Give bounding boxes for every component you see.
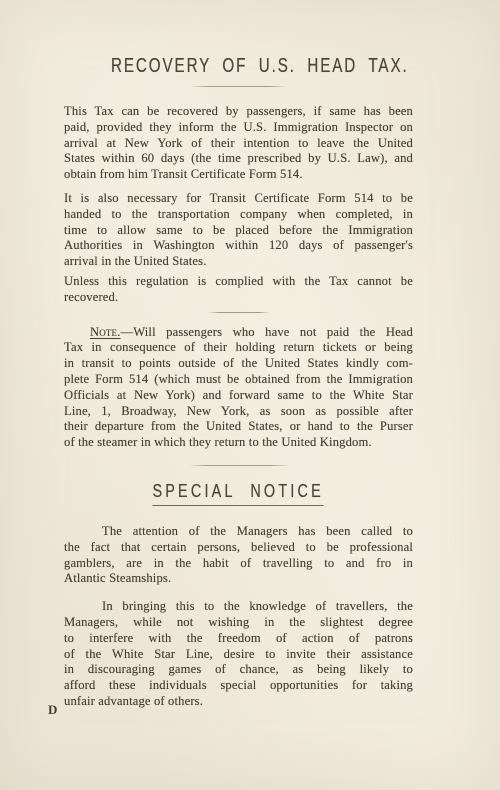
text-line: Tax in consequence of their holding retu… bbox=[64, 340, 413, 356]
title-underline-rule bbox=[191, 86, 286, 87]
text-line: gamblers, are in the habit of travelling… bbox=[64, 556, 413, 572]
text-line: Officials at New York) and forward same … bbox=[64, 388, 413, 404]
text-line: It is also necessary for Transit Certifi… bbox=[64, 191, 413, 207]
text-line: Atlantic Steamships. bbox=[64, 571, 413, 587]
text-line: Line, 1, Broadway, New York, as soon as … bbox=[64, 404, 413, 420]
text-line: their departure from the United States, … bbox=[64, 419, 413, 435]
note-label: Note. bbox=[90, 325, 121, 339]
text-line: plete Form 514 (which must be obtained f… bbox=[64, 372, 413, 388]
text-line: Authorities in Washington within 120 day… bbox=[64, 238, 413, 254]
text-column: RECOVERY OF U.S. HEAD TAX. This Tax can … bbox=[64, 56, 413, 710]
special-notice-heading-text: SPECIAL NOTICE bbox=[153, 482, 325, 506]
scanned-document-page: RECOVERY OF U.S. HEAD TAX. This Tax can … bbox=[0, 0, 500, 790]
text-line: paid, provided they inform the U.S. Immi… bbox=[64, 120, 413, 136]
text-line: obtain from him Transit Certificate Form… bbox=[64, 167, 413, 183]
text-line: States within 60 days (the time prescrib… bbox=[64, 151, 413, 167]
special-notice-paragraph-1: The attention of the Managers has been c… bbox=[64, 524, 413, 587]
head-tax-paragraph-3: Unless this regulation is complied with … bbox=[64, 274, 413, 306]
note-first-line-text: —Will passengers who have not paid the H… bbox=[121, 325, 414, 339]
text-line: Managers, while not wishing in the sligh… bbox=[64, 615, 413, 631]
text-line: of the White Star Line, desire to invite… bbox=[64, 647, 413, 663]
text-line: to interfere with the freedom of action … bbox=[64, 631, 413, 647]
note-first-line: Note.—Will passengers who have not paid … bbox=[64, 325, 413, 341]
special-notice-heading: SPECIAL NOTICE bbox=[64, 482, 413, 506]
note-paragraph: Note.—Will passengers who have not paid … bbox=[64, 325, 413, 451]
text-line: Unless this regulation is complied with … bbox=[64, 274, 413, 290]
section-divider-rule bbox=[208, 312, 270, 313]
text-line: the fact that certain persons, believed … bbox=[64, 540, 413, 556]
text-line: unfair advantage of others. bbox=[64, 694, 413, 710]
head-tax-paragraph-2: It is also necessary for Transit Certifi… bbox=[64, 191, 413, 270]
text-line: in transit to points outside of the Unit… bbox=[64, 356, 413, 372]
head-tax-paragraph-1: This Tax can be recovered by passengers,… bbox=[64, 104, 413, 183]
text-line: This Tax can be recovered by passengers,… bbox=[64, 104, 413, 120]
special-notice-paragraph-2: In bringing this to the knowledge of tra… bbox=[64, 599, 413, 710]
pre-notice-divider-rule bbox=[189, 465, 289, 466]
text-line: recovered. bbox=[64, 290, 413, 306]
text-line: The attention of the Managers has been c… bbox=[64, 524, 413, 540]
text-line: afford these individuals special opportu… bbox=[64, 678, 413, 694]
text-line: handed to the transportation company whe… bbox=[64, 207, 413, 223]
text-line: arrival in the United States. bbox=[64, 254, 413, 270]
printer-signature-letter: D bbox=[48, 702, 57, 718]
text-line: of the steamer in which they return to t… bbox=[64, 435, 413, 451]
text-line: time to allow same to be placed before t… bbox=[64, 223, 413, 239]
text-line: In bringing this to the knowledge of tra… bbox=[64, 599, 413, 615]
page-title-text: RECOVERY OF U.S. HEAD TAX. bbox=[111, 56, 409, 76]
note-body-lines: Tax in consequence of their holding retu… bbox=[64, 340, 413, 451]
text-line: in discouraging games of chance, as bein… bbox=[64, 662, 413, 678]
page-title: RECOVERY OF U.S. HEAD TAX. bbox=[64, 56, 413, 76]
text-line: arrival at New York of their intention t… bbox=[64, 136, 413, 152]
